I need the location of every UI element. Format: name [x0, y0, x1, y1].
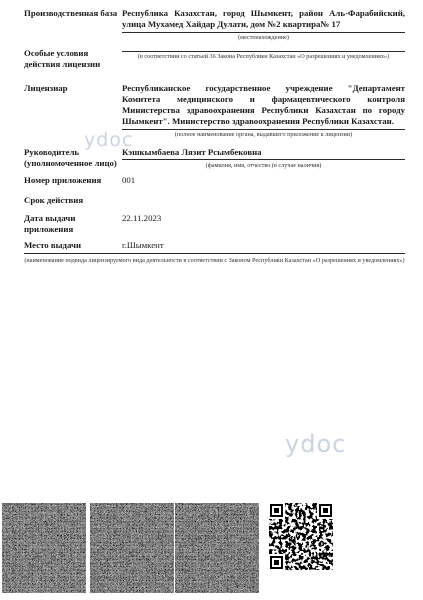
- field-value: 001: [122, 175, 405, 186]
- field-label: Срок действия: [24, 195, 122, 206]
- qr-finder-bottom-left: [269, 554, 285, 570]
- field-note: (местонахождение): [122, 33, 405, 42]
- field-note: (фамилия, имя, отчество (в случае наличи…: [122, 160, 405, 169]
- field-production-base: Производственная база Республика Казахст…: [24, 8, 405, 42]
- document-body: Производственная база Республика Казахст…: [0, 0, 423, 265]
- qr-finder-top-left: [269, 503, 285, 519]
- field-value: 22.11.2023: [122, 213, 405, 224]
- barcode-noise-3-icon: [175, 503, 259, 593]
- field-value: Республиканское государственное учрежден…: [122, 83, 405, 130]
- field-label: Дата выдачи приложения: [24, 213, 122, 235]
- field-label: Номер приложения: [24, 175, 122, 186]
- barcode-noise-2-icon: [90, 503, 174, 593]
- field-label: Руководитель (уполномоченное лицо): [24, 147, 122, 169]
- field-issue-date: Дата выдачи приложения 22.11.2023: [24, 213, 405, 235]
- field-value: Республика Казахстан, город Шымкент, рай…: [122, 8, 405, 33]
- field-special-conditions: Особые условия действия лицензии (в соот…: [24, 48, 405, 70]
- field-licensor: Лицензиар Республиканское государственно…: [24, 83, 405, 139]
- field-issue-place: Место выдачи г.Шымкент: [24, 240, 405, 251]
- field-label: Место выдачи: [24, 240, 122, 251]
- field-label: Лицензиар: [24, 83, 122, 94]
- field-validity: Срок действия: [24, 195, 405, 206]
- qr-code-icon: [269, 503, 333, 570]
- field-note: (в соответствии со статьей 36 Закона Рес…: [122, 52, 405, 61]
- field-appendix-number: Номер приложения 001: [24, 175, 405, 186]
- field-value: г.Шымкент: [122, 240, 405, 251]
- license-appendix-page: ydoc ydoc Производственная база Республи…: [0, 0, 423, 600]
- qr-finder-top-right: [317, 503, 333, 519]
- footer-note: (наименование подвида лицензируемого вид…: [24, 256, 405, 265]
- barcode-noise-1-icon: [2, 503, 86, 593]
- field-note: (полное наименование органа, выдавшего п…: [122, 130, 405, 139]
- watermark-ydoc-2: ydoc: [285, 430, 346, 458]
- field-label: Особые условия действия лицензии: [24, 48, 122, 70]
- field-label: Производственная база: [24, 8, 122, 19]
- field-value: Кэшкымбаева Лязит Рсымбековна: [122, 147, 405, 160]
- footer-divider: [24, 253, 405, 254]
- field-head: Руководитель (уполномоченное лицо) Кэшкы…: [24, 147, 405, 169]
- machine-codes-strip: [0, 503, 423, 593]
